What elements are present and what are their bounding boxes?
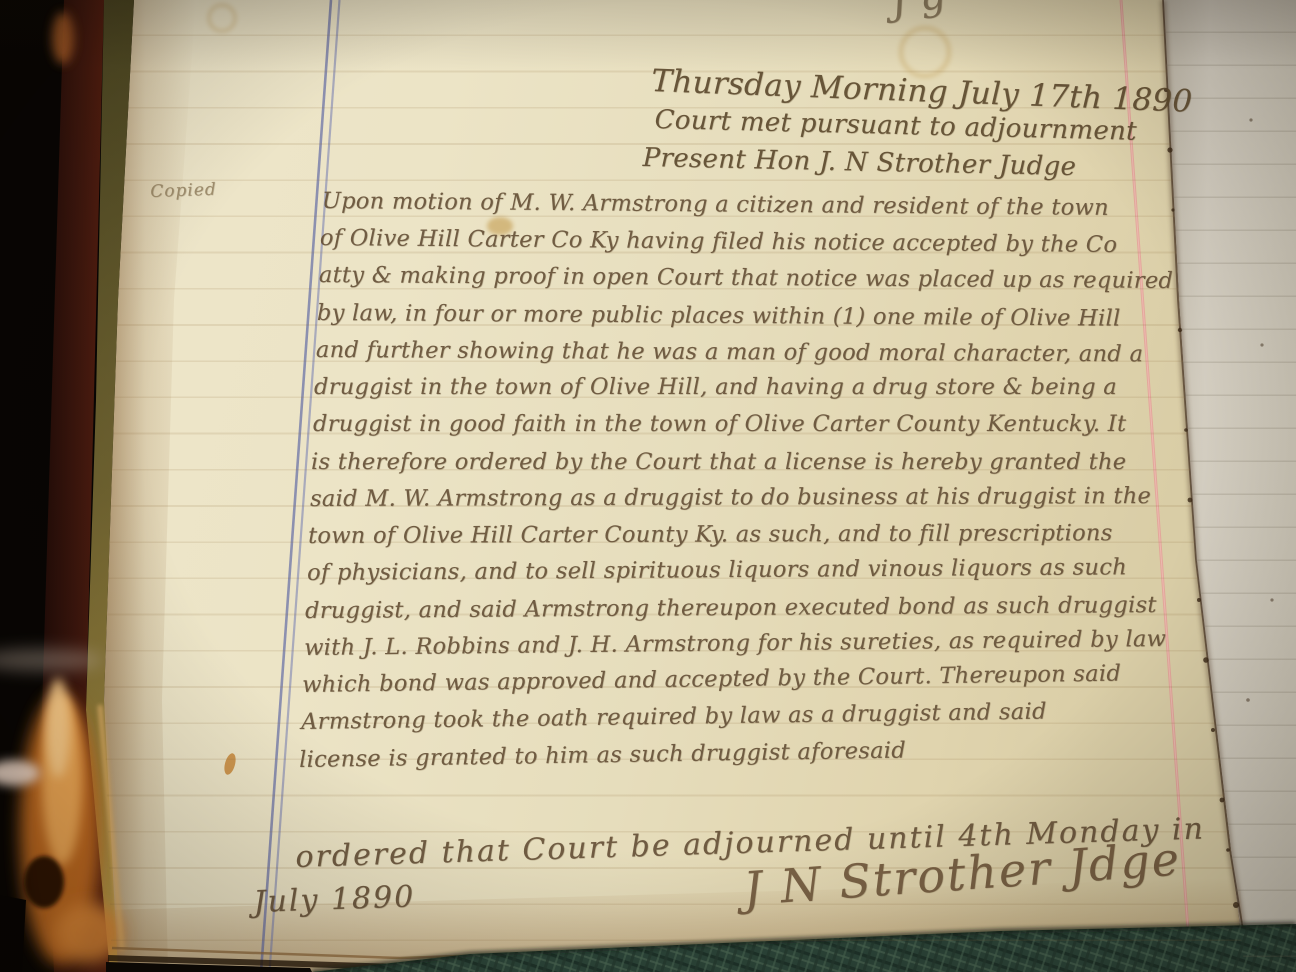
manuscript-line-13: with J. L. Robbins and J. H. Armstrong f…: [304, 628, 1166, 660]
manuscript-line-16: license is granted to him as such druggi…: [299, 739, 906, 771]
manuscript-line-15: Armstrong took the oath required by law …: [301, 701, 1047, 734]
manuscript-text: J g Thursday Morning July 17th 1890 Cour…: [0, 0, 1296, 972]
manuscript-line-7: druggist in good faith in the town of Ol…: [313, 413, 1126, 436]
manuscript-line-4: by law, in four or more public places wi…: [317, 302, 1121, 330]
manuscript-line-12: druggist, and said Armstrong thereupon e…: [305, 594, 1157, 622]
manuscript-line-8: is therefore ordered by the Court that a…: [311, 451, 1126, 474]
manuscript-line-1: Upon motion of M. W. Armstrong a citizen…: [322, 190, 1109, 219]
manuscript-line-14: which bond was approved and accepted by …: [302, 663, 1121, 697]
manuscript-line-6: druggist in the town of Olive Hill, and …: [314, 376, 1117, 399]
ledger-photo: J g Thursday Morning July 17th 1890 Cour…: [0, 0, 1296, 972]
manuscript-line-2: of Olive Hill Carter Co Ky having filed …: [320, 227, 1118, 256]
manuscript-line-11: of physicians, and to sell spirituous li…: [307, 556, 1127, 584]
manuscript-line-9: said M. W. Armstrong as a druggist to do…: [310, 485, 1151, 510]
manuscript-line-3: atty & making proof in open Court that n…: [319, 264, 1173, 292]
margin-note-copied: Copied: [150, 182, 217, 201]
top-flourish: J g: [888, 0, 948, 22]
manuscript-line-10: town of Olive Hill Carter County Ky. as …: [308, 522, 1113, 547]
manuscript-line-5: and further showing that he was a man of…: [316, 339, 1143, 366]
closing-date-line: July 1890: [253, 882, 416, 918]
present-judge-line: Present Hon J. N Strother Judge: [642, 145, 1076, 180]
